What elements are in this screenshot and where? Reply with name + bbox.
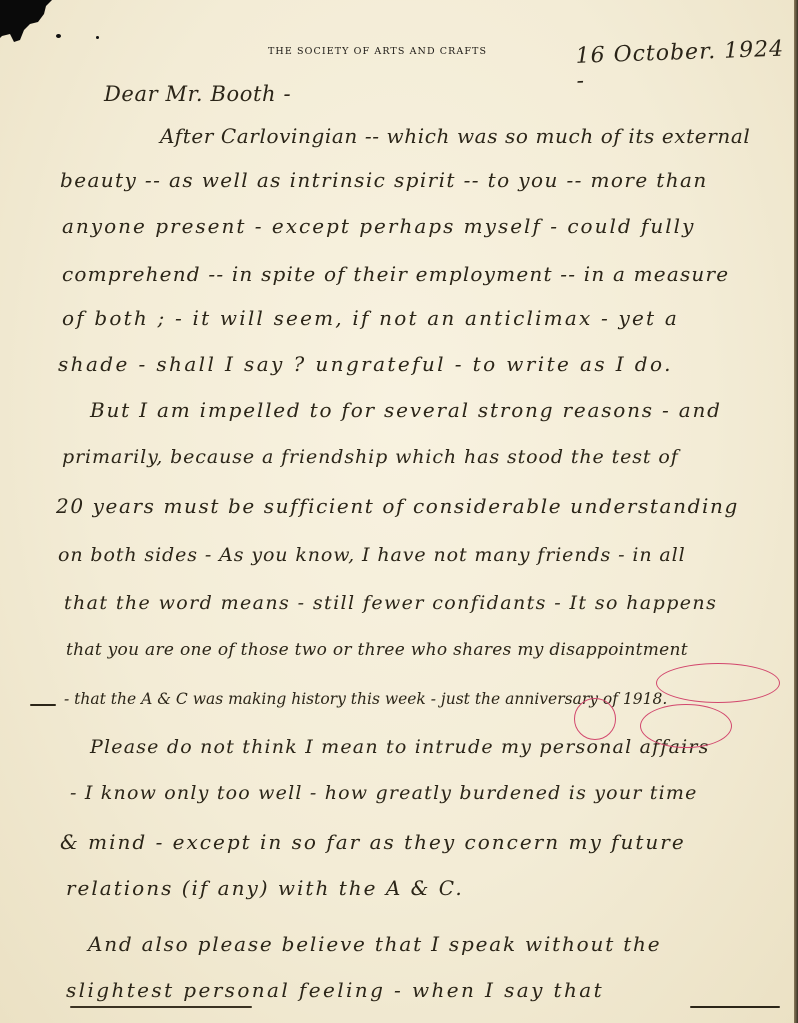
letter-line: beauty -- as well as intrinsic spirit --… (60, 168, 708, 192)
scan-edge (794, 0, 798, 1023)
letter-line: comprehend -- in spite of their employme… (62, 262, 729, 286)
letter-line: 20 years must be sufficient of considera… (56, 494, 739, 518)
red-circle-disappointment (656, 663, 780, 703)
letter-line: But I am impelled to for several strong … (90, 398, 722, 422)
letter-line: that you are one of those two or three w… (66, 640, 688, 660)
underline-slightest-personal (70, 1006, 252, 1008)
torn-corner-damage (0, 0, 60, 44)
red-circle-anniversary (640, 704, 732, 748)
letter-line: And also please believe that I speak wit… (88, 932, 661, 956)
letter-line: - I know only too well - how greatly bur… (70, 782, 698, 804)
letter-line: - that the A & C was making history this… (64, 690, 667, 708)
letter-line: that the word means - still fewer confid… (64, 592, 717, 614)
letter-line: After Carlovingian -- which was so much … (160, 124, 750, 148)
letter-line: slightest personal feeling - when I say … (66, 978, 604, 1002)
ink-speck (96, 36, 99, 39)
salutation: Dear Mr. Booth - (104, 82, 291, 106)
letter-line: primarily, because a friendship which ha… (62, 446, 679, 468)
letter-date: 16 October. 1924 - (575, 36, 798, 94)
scanned-letter-page: THE SOCIETY OF ARTS AND CRAFTS 16 Octobe… (0, 0, 798, 1023)
red-circle-just (574, 698, 616, 740)
letter-line: Please do not think I mean to intrude my… (90, 736, 710, 758)
trailing-dash (690, 1006, 780, 1008)
letter-line: shade - shall I say ? ungrateful - to wr… (58, 352, 673, 376)
letter-line: & mind - except in so far as they concer… (60, 830, 686, 854)
letter-line: anyone present - except perhaps myself -… (62, 214, 695, 238)
ink-speck (56, 34, 61, 38)
letter-line: on both sides - As you know, I have not … (58, 544, 686, 566)
letterhead: THE SOCIETY OF ARTS AND CRAFTS (268, 46, 487, 57)
letter-line: relations (if any) with the A & C. (66, 876, 464, 900)
leading-dash (30, 704, 56, 706)
letter-line: of both ; - it will seem, if not an anti… (62, 306, 679, 330)
